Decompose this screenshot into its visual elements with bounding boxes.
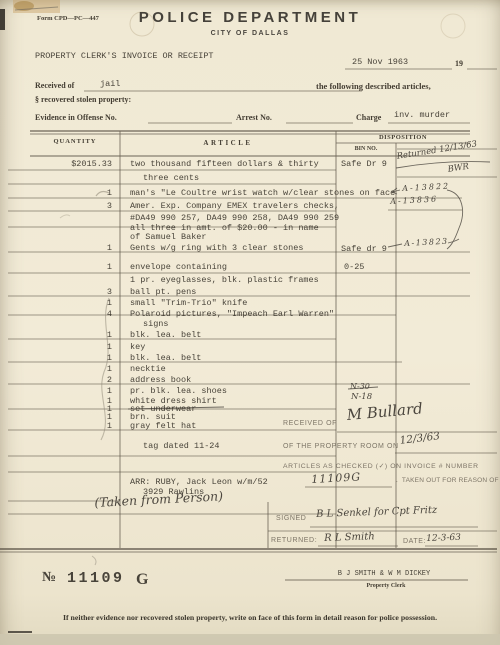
row-article: address book [130,375,191,385]
charge-value: inv. murder [394,110,450,120]
stamp-date: DATE: [403,538,426,545]
row-article: small "Trim-Trio" knife [130,298,247,308]
row-article: man's "Le Coultre wrist watch w/clear st… [130,188,395,198]
page-title: POLICE DEPARTMENT [0,9,500,26]
hw-invoice-number: 11109G [311,470,361,486]
row-qty: 1 [52,353,112,363]
row-article: Polaroid pictures, "Impeach Earl Warren" [130,309,334,319]
row-qty: 1 [52,342,112,352]
row-qty: 1 [52,243,112,253]
received-of-value: jail [100,79,120,89]
row-article: ball pt. pens [130,287,196,297]
row-article: 1 pr. eyeglasses, blk. plastic frames [130,275,319,285]
row-qty: 1 [52,421,112,431]
col-bin: BIN NO. [336,146,396,152]
row-article: key [130,342,145,352]
row-qty: 1 [52,262,112,272]
stamp-taken-out: . TAKEN OUT FOR REASON OF [396,477,499,484]
document-page: Form CPD—PC—447 POLICE DEPARTMENT CITY O… [0,0,500,645]
col-disposition: DISPOSITION [336,134,470,141]
date-value: 25 Nov 1963 [352,57,408,67]
row-qty: 2 [52,375,112,385]
year-prefix: 19 [455,59,463,68]
row-article: blk. lea. belt [130,353,201,363]
invoice-number-sign: № [42,570,56,586]
row-qty: 1 [52,386,112,396]
col-article: ARTICLE [120,139,336,147]
row-article: ARR: RUBY, Jack Leon w/m/52 [130,477,268,487]
row-article: Amer. Exp. Company EMEX travelers checks… [130,201,339,211]
offense-label: Evidence in Offense No. [35,113,117,122]
row-article: Gents w/g ring with 3 clear stones [130,243,303,253]
row-qty: 1 [52,298,112,308]
page-subtitle: CITY OF DALLAS [0,30,500,37]
row-article: #DA49 990 257, DA49 990 258, DA49 990 25… [130,213,339,223]
row-qty: 3 [52,287,112,297]
col-quantity: QUANTITY [30,138,120,145]
row-qty: 3 [52,201,112,211]
row-article: necktie [130,364,166,374]
row-bin: 0-25 [344,262,364,272]
row-article: envelope containing [130,262,227,272]
row-article: tag dated 11-24 [143,441,220,451]
row-article: three cents [143,173,199,183]
arrest-label: Arrest No. [236,113,272,122]
invoice-number-value: 11109 [67,570,125,587]
received-of-label: Received of [35,81,74,90]
row-article: two thousand fifteen dollars & thirty [130,159,319,169]
articles-label: the following described articles, [316,81,431,91]
hw-bin-shirt: N-18 [351,392,372,402]
row-article: of Samuel Baker [130,232,207,242]
hw-returned-date: 12-3-63 [426,533,461,544]
row-bin: Safe Dr 9 [341,159,387,169]
stamp-returned: RETURNED: [271,537,317,544]
clerk-names: B J SMITH & W M DICKEY [300,570,468,578]
row-article: pr. blk. lea. shoes [130,386,227,396]
recovered-label: § recovered stolen property: [35,95,131,104]
hw-returned-by: R L Smith [324,531,375,544]
row-qty: 1 [52,330,112,340]
row-qty: $2015.33 [52,159,112,169]
row-qty: 4 [52,309,112,319]
row-qty: 1 [52,364,112,374]
stamp-signed: SIGNED [276,515,306,522]
row-article: gray felt hat [130,421,196,431]
doc-title: PROPERTY CLERK'S INVOICE OR RECEIPT [35,51,214,61]
row-qty: 1 [52,188,112,198]
row-article: signs [143,319,169,329]
clerk-title-label: Property Clerk [336,583,436,589]
stamp-property-room: OF THE PROPERTY ROOM ON [283,443,399,450]
charge-label: Charge [356,113,381,122]
row-article: blk. lea. belt [130,330,201,340]
stamp-received-of: RECEIVED OF [283,420,337,427]
invoice-number-suffix: G [136,571,148,589]
footer-note: If neither evidence nor recovered stolen… [0,613,500,622]
row-bin: Safe dr 9 [341,244,387,254]
hw-bin-shoes: N-30 [350,382,370,391]
stamp-articles-checked: ARTICLES AS CHECKED (✓) ON INVOICE # NUM… [283,462,479,470]
